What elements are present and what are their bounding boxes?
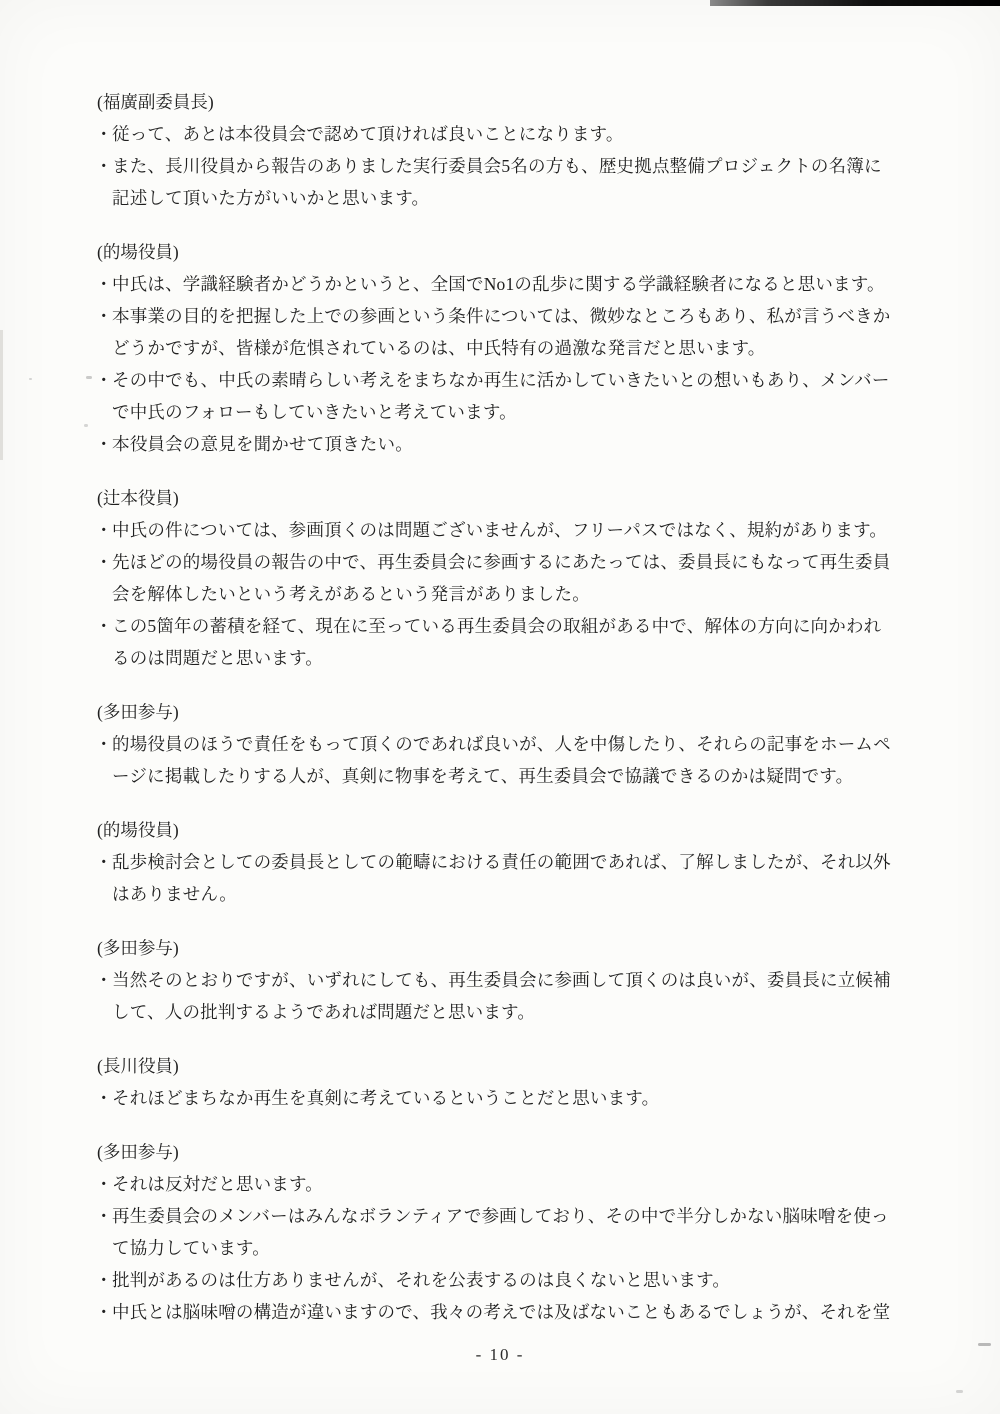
statement-line: で中氏のフォローもしていきたいと考えています。 bbox=[95, 396, 960, 428]
scan-speck bbox=[956, 1390, 963, 1393]
minutes-section: (的場役員)・中氏は、学識経験者かどうかというと、全国でNo1の乱歩に関する学識… bbox=[95, 236, 960, 460]
bullet-marker: ・ bbox=[95, 546, 112, 578]
bullet-marker: ・ bbox=[95, 964, 112, 996]
statement-text: 中氏は、学識経験者かどうかというと、全国でNo1の乱歩に関する学識経験者になると… bbox=[112, 274, 885, 294]
statement-line: 会を解体したいという考えがあるという発言がありました。 bbox=[95, 578, 960, 610]
statement-text: て協力しています。 bbox=[112, 1238, 270, 1258]
scan-artifact-top-bar bbox=[710, 0, 1000, 6]
bullet-marker: ・ bbox=[95, 846, 112, 878]
statement-line: 記述して頂いた方がいいかと思います。 bbox=[95, 182, 960, 214]
statement-line: ・乱歩検討会としての委員長としての範疇における責任の範囲であれば、了解しましたが… bbox=[95, 846, 960, 878]
statement-item: ・従って、あとは本役員会で認めて頂ければ良いことになります。 bbox=[95, 118, 960, 150]
minutes-section: (多田参与)・的場役員のほうで責任をもって頂くのであれば良いが、人を中傷したり、… bbox=[95, 696, 960, 792]
statement-item: ・それは反対だと思います。 bbox=[95, 1168, 960, 1200]
bullet-marker: ・ bbox=[95, 1168, 112, 1200]
bullet-marker: ・ bbox=[95, 1200, 112, 1232]
bullet-marker: ・ bbox=[95, 300, 112, 332]
statement-line: ・その中でも、中氏の素晴らしい考えをまちなか再生に活かしていきたいとの想いもあり… bbox=[95, 364, 960, 396]
statement-line: ・批判があるのは仕方ありませんが、それを公表するのは良くないと思います。 bbox=[95, 1264, 960, 1296]
statement-line: ・それほどまちなか再生を真剣に考えているということだと思います。 bbox=[95, 1082, 960, 1114]
minutes-section: (多田参与)・当然そのとおりですが、いずれにしても、再生委員会に参画して頂くのは… bbox=[95, 932, 960, 1028]
statement-item: ・本事業の目的を把握した上での参画という条件については、微妙なところもあり、私が… bbox=[95, 300, 960, 364]
minutes-section: (辻本役員)・中氏の件については、参画頂くのは問題ございませんが、フリーパスでは… bbox=[95, 482, 960, 674]
bullet-marker: ・ bbox=[95, 428, 112, 460]
speaker-name: (長川役員) bbox=[97, 1050, 960, 1082]
statement-text: 中氏とは脳味噌の構造が違いますので、我々の考えでは及ばないこともあるでしょうが、… bbox=[112, 1302, 890, 1322]
scanned-minutes-page: (福廣副委員長)・従って、あとは本役員会で認めて頂ければ良いことになります。・ま… bbox=[0, 0, 1000, 1414]
speaker-name: (的場役員) bbox=[97, 814, 960, 846]
statement-line: ・当然そのとおりですが、いずれにしても、再生委員会に参画して頂くのは良いが、委員… bbox=[95, 964, 960, 996]
statement-line: ・また、長川役員から報告のありました実行委員会5名の方も、歴史拠点整備プロジェク… bbox=[95, 150, 960, 182]
statement-item: ・この5箇年の蓄積を経て、現在に至っている再生委員会の取組がある中で、解体の方向… bbox=[95, 610, 960, 674]
statement-text: 本事業の目的を把握した上での参画という条件については、微妙なところもあり、私が言… bbox=[112, 306, 890, 326]
statement-line: ・中氏とは脳味噌の構造が違いますので、我々の考えでは及ばないこともあるでしょうが… bbox=[95, 1296, 960, 1328]
minutes-section: (福廣副委員長)・従って、あとは本役員会で認めて頂ければ良いことになります。・ま… bbox=[95, 86, 960, 214]
bullet-marker: ・ bbox=[95, 728, 112, 760]
statement-text: るのは問題だと思います。 bbox=[112, 648, 323, 668]
bullet-marker: ・ bbox=[95, 1296, 112, 1328]
statement-text: 的場役員のほうで責任をもって頂くのであれば良いが、人を中傷したり、それらの記事を… bbox=[112, 734, 891, 754]
statement-item: ・批判があるのは仕方ありませんが、それを公表するのは良くないと思います。 bbox=[95, 1264, 960, 1296]
statement-line: ・先ほどの的場役員の報告の中で、再生委員会に参画するにあたっては、委員長にもなっ… bbox=[95, 546, 960, 578]
bullet-marker: ・ bbox=[95, 268, 112, 300]
statement-line: ・中氏の件については、参画頂くのは問題ございませんが、フリーパスではなく、規約が… bbox=[95, 514, 960, 546]
minutes-section: (的場役員)・乱歩検討会としての委員長としての範疇における責任の範囲であれば、了… bbox=[95, 814, 960, 910]
page-number: - 10 - bbox=[0, 1340, 1000, 1370]
statement-line: ・本事業の目的を把握した上での参画という条件については、微妙なところもあり、私が… bbox=[95, 300, 960, 332]
statement-text: 当然そのとおりですが、いずれにしても、再生委員会に参画して頂くのは良いが、委員長… bbox=[112, 970, 891, 990]
statement-text: それほどまちなか再生を真剣に考えているということだと思います。 bbox=[112, 1088, 659, 1108]
statement-text: どうかですが、皆様が危惧されているのは、中氏特有の過激な発言だと思います。 bbox=[112, 338, 766, 358]
statement-line: ・それは反対だと思います。 bbox=[95, 1168, 960, 1200]
statement-text: 先ほどの的場役員の報告の中で、再生委員会に参画するにあたっては、委員長にもなって… bbox=[112, 552, 890, 572]
statement-line: はありません。 bbox=[95, 878, 960, 910]
statement-item: ・それほどまちなか再生を真剣に考えているということだと思います。 bbox=[95, 1082, 960, 1114]
speaker-name: (多田参与) bbox=[97, 1136, 960, 1168]
statement-text: で中氏のフォローもしていきたいと考えています。 bbox=[112, 402, 517, 422]
minutes-section: (長川役員)・それほどまちなか再生を真剣に考えているということだと思います。 bbox=[95, 1050, 960, 1114]
statement-text: 批判があるのは仕方ありませんが、それを公表するのは良くないと思います。 bbox=[112, 1270, 730, 1290]
statement-line: ・再生委員会のメンバーはみんなボランティアで参画しており、その中で半分しかない脳… bbox=[95, 1200, 960, 1232]
bullet-marker: ・ bbox=[95, 118, 112, 150]
bullet-marker: ・ bbox=[95, 514, 112, 546]
statement-item: ・中氏は、学識経験者かどうかというと、全国でNo1の乱歩に関する学識経験者になる… bbox=[95, 268, 960, 300]
statement-item: ・的場役員のほうで責任をもって頂くのであれば良いが、人を中傷したり、それらの記事… bbox=[95, 728, 960, 792]
bullet-marker: ・ bbox=[95, 1082, 112, 1114]
statement-text: ージに掲載したりする人が、真剣に物事を考えて、再生委員会で協議できるのかは疑問で… bbox=[112, 766, 853, 786]
statement-line: どうかですが、皆様が危惧されているのは、中氏特有の過激な発言だと思います。 bbox=[95, 332, 960, 364]
bullet-marker: ・ bbox=[95, 150, 112, 182]
statement-text: それは反対だと思います。 bbox=[112, 1174, 323, 1194]
statement-text: 会を解体したいという考えがあるという発言がありました。 bbox=[112, 584, 590, 604]
statement-item: ・先ほどの的場役員の報告の中で、再生委員会に参画するにあたっては、委員長にもなっ… bbox=[95, 546, 960, 610]
statement-item: ・中氏とは脳味噌の構造が違いますので、我々の考えでは及ばないこともあるでしょうが… bbox=[95, 1296, 960, 1328]
statement-text: 従って、あとは本役員会で認めて頂ければ良いことになります。 bbox=[112, 124, 624, 144]
statement-line: ・従って、あとは本役員会で認めて頂ければ良いことになります。 bbox=[95, 118, 960, 150]
bullet-marker: ・ bbox=[95, 610, 112, 642]
statement-text: 本役員会の意見を聞かせて頂きたい。 bbox=[112, 434, 413, 454]
statement-line: ・的場役員のほうで責任をもって頂くのであれば良いが、人を中傷したり、それらの記事… bbox=[95, 728, 960, 760]
bullet-marker: ・ bbox=[95, 1264, 112, 1296]
speaker-name: (辻本役員) bbox=[97, 482, 960, 514]
statement-line: るのは問題だと思います。 bbox=[95, 642, 960, 674]
statement-text: はありません。 bbox=[112, 884, 237, 904]
statement-line: ・本役員会の意見を聞かせて頂きたい。 bbox=[95, 428, 960, 460]
statement-text: 乱歩検討会としての委員長としての範疇における責任の範囲であれば、了解しましたが、… bbox=[112, 852, 891, 872]
scan-speck bbox=[86, 376, 92, 379]
statement-item: ・乱歩検討会としての委員長としての範疇における責任の範囲であれば、了解しましたが… bbox=[95, 846, 960, 910]
statement-item: ・再生委員会のメンバーはみんなボランティアで参画しており、その中で半分しかない脳… bbox=[95, 1200, 960, 1264]
bullet-marker: ・ bbox=[95, 364, 112, 396]
statement-item: ・また、長川役員から報告のありました実行委員会5名の方も、歴史拠点整備プロジェク… bbox=[95, 150, 960, 214]
statement-item: ・本役員会の意見を聞かせて頂きたい。 bbox=[95, 428, 960, 460]
speaker-name: (多田参与) bbox=[97, 932, 960, 964]
statement-item: ・その中でも、中氏の素晴らしい考えをまちなか再生に活かしていきたいとの想いもあり… bbox=[95, 364, 960, 428]
statement-text: 記述して頂いた方がいいかと思います。 bbox=[112, 188, 429, 208]
statement-item: ・当然そのとおりですが、いずれにしても、再生委員会に参画して頂くのは良いが、委員… bbox=[95, 964, 960, 1028]
scan-speck bbox=[84, 424, 88, 427]
statement-item: ・中氏の件については、参画頂くのは問題ございませんが、フリーパスではなく、規約が… bbox=[95, 514, 960, 546]
statement-line: て協力しています。 bbox=[95, 1232, 960, 1264]
statement-line: ・中氏は、学識経験者かどうかというと、全国でNo1の乱歩に関する学識経験者になる… bbox=[95, 268, 960, 300]
statement-text: して、人の批判するようであれば問題だと思います。 bbox=[112, 1002, 535, 1022]
statement-text: その中でも、中氏の素晴らしい考えをまちなか再生に活かしていきたいとの想いもあり、… bbox=[112, 370, 890, 390]
speaker-name: (的場役員) bbox=[97, 236, 960, 268]
statement-text: また、長川役員から報告のありました実行委員会5名の方も、歴史拠点整備プロジェクト… bbox=[112, 156, 882, 176]
scan-edge-shade bbox=[0, 330, 3, 460]
statement-text: 中氏の件については、参画頂くのは問題ございませんが、フリーパスではなく、規約があ… bbox=[112, 520, 887, 540]
scan-speck bbox=[29, 378, 32, 380]
statement-text: 再生委員会のメンバーはみんなボランティアで参画しており、その中で半分しかない脳味… bbox=[112, 1206, 889, 1226]
minutes-section: (多田参与)・それは反対だと思います。・再生委員会のメンバーはみんなボランティア… bbox=[95, 1136, 960, 1328]
statement-line: ージに掲載したりする人が、真剣に物事を考えて、再生委員会で協議できるのかは疑問で… bbox=[95, 760, 960, 792]
speaker-name: (多田参与) bbox=[97, 696, 960, 728]
statement-line: して、人の批判するようであれば問題だと思います。 bbox=[95, 996, 960, 1028]
statement-text: この5箇年の蓄積を経て、現在に至っている再生委員会の取組がある中で、解体の方向に… bbox=[112, 616, 881, 636]
statement-line: ・この5箇年の蓄積を経て、現在に至っている再生委員会の取組がある中で、解体の方向… bbox=[95, 610, 960, 642]
document-body: (福廣副委員長)・従って、あとは本役員会で認めて頂ければ良いことになります。・ま… bbox=[95, 86, 960, 1350]
speaker-name: (福廣副委員長) bbox=[97, 86, 960, 118]
